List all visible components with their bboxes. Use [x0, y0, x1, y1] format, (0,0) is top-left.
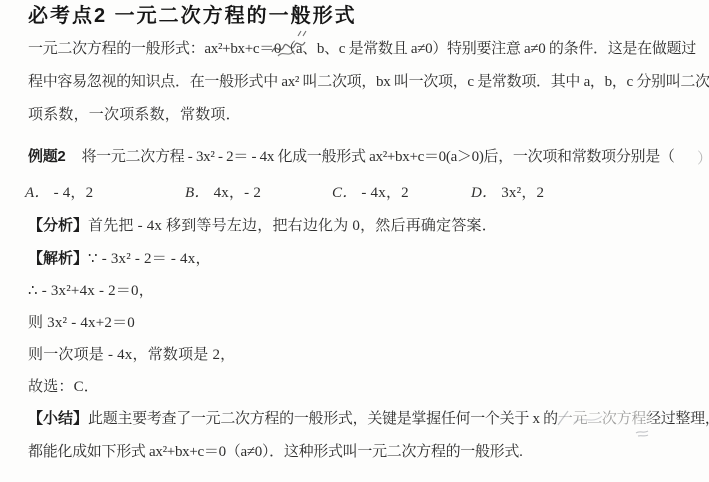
option-b-label: B． — [185, 185, 210, 201]
option-c-label: C． — [332, 185, 357, 201]
option-c: C．- 4x，2 — [332, 183, 409, 203]
option-d: D．3x²，2 — [471, 183, 544, 203]
intro-line-2: 程中容易忽视的知识点．在一般形式中 ax² 叫二次项，bx 叫一次项，c 是常数… — [28, 72, 709, 92]
option-b-value: 4x，- 2 — [214, 185, 261, 201]
option-a: A．- 4，2 — [25, 183, 93, 203]
summary-text-1: 此题主要考查了一元二次方程的一般形式，关键是掌握任何一个关于 x 的一元二次方程… — [88, 411, 709, 427]
summary-line-1: 【小结】此题主要考查了一元二次方程的一般形式，关键是掌握任何一个关于 x 的一元… — [28, 409, 709, 429]
intro-line-3: 项系数，一次项系数，常数项． — [28, 105, 241, 125]
example-text: 将一元二次方程 - 3x² - 2＝ - 4x 化成一般形式 ax²+bx+c＝… — [81, 149, 674, 165]
option-d-value: 3x²，2 — [501, 185, 544, 201]
option-d-label: D． — [471, 185, 497, 201]
summary-label: 【小结】 — [28, 410, 88, 427]
document-page: 必考点2 一元二次方程的一般形式 一元二次方程的一般形式：ax²+bx+c＝0（… — [0, 0, 709, 482]
solution-line-2: ∴ - 3x²+4x - 2＝0， — [28, 281, 154, 301]
option-b: B．4x，- 2 — [185, 183, 261, 203]
option-a-label: A． — [25, 185, 50, 201]
analysis-line: 【分析】首先把 - 4x 移到等号左边，把右边化为 0，然后再确定答案． — [28, 216, 497, 236]
solution-step-1: ∵ - 3x² - 2＝ - 4x， — [88, 251, 211, 267]
intro-line-1: 一元二次方程的一般形式：ax²+bx+c＝0（a、b、c 是常数且 a≠0）特别… — [28, 39, 696, 59]
analysis-label: 【分析】 — [28, 217, 88, 234]
solution-line-1: 【解析】∵ - 3x² - 2＝ - 4x， — [28, 249, 211, 269]
example-line: 例题2将一元二次方程 - 3x² - 2＝ - 4x 化成一般形式 ax²+bx… — [28, 147, 675, 167]
summary-line-2: 都能化成如下形式 ax²+bx+c＝0（a≠0）．这种形式叫一元二次方程的一般形… — [28, 442, 523, 462]
example-close-paren: ） — [697, 147, 709, 168]
solution-line-4: 则一次项是 - 4x，常数项是 2， — [28, 345, 235, 365]
solution-line-3: 则 3x² - 4x+2＝0 — [28, 313, 135, 333]
page-title: 必考点2 一元二次方程的一般形式 — [28, 4, 357, 28]
option-a-value: - 4，2 — [54, 185, 94, 201]
example-label: 例题2 — [28, 148, 65, 165]
solution-label: 【解析】 — [28, 250, 88, 267]
analysis-text: 首先把 - 4x 移到等号左边，把右边化为 0，然后再确定答案． — [88, 218, 497, 234]
option-c-value: - 4x，2 — [361, 185, 408, 201]
solution-line-5: 故选：C． — [28, 377, 99, 397]
